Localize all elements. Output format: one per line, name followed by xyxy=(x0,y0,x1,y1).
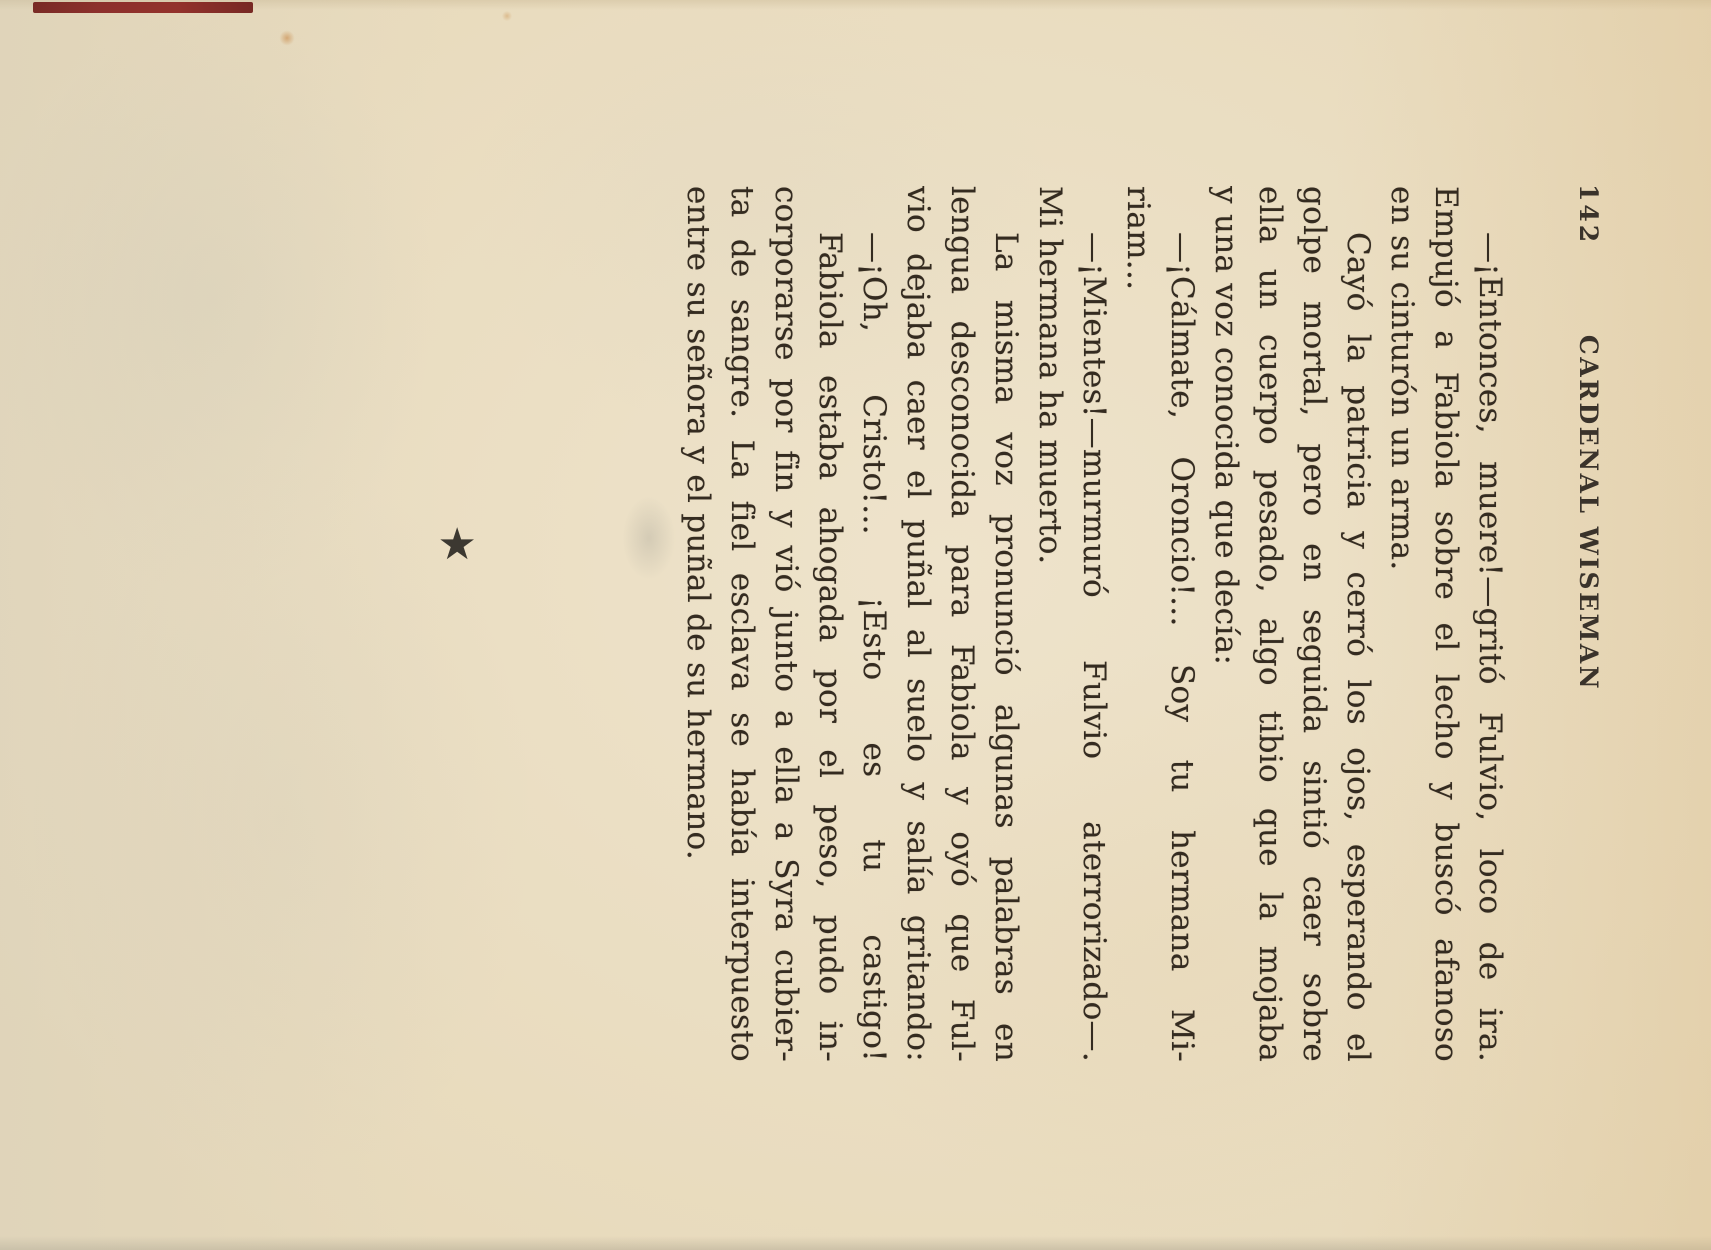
text-line: entre su señora y el puñal de su hermano… xyxy=(676,186,720,1062)
text-line: corporarse por fin y vió junto a ella a … xyxy=(764,186,808,1062)
text-line: lengua desconocida para Fabiola y oyó qu… xyxy=(940,186,984,1062)
text-line: Fabiola estaba ahogada por el peso, pudo… xyxy=(808,186,852,1062)
text-line: Cayó la patricia y cerró los ojos, esper… xyxy=(1336,186,1380,1062)
text-line: Mi hermana ha muerto. xyxy=(1028,186,1072,1062)
text-line: La misma voz pronunció algunas palabras … xyxy=(984,186,1028,1062)
section-divider-star-icon: ★ xyxy=(417,505,498,586)
text-line: golpe mortal, pero en seguida sintió cae… xyxy=(1292,186,1336,1062)
text-line: —¡Oh, Cristo!... ¡Esto es tu castigo! xyxy=(852,186,896,1062)
text-line: y una voz conocida que decía: xyxy=(1204,186,1248,1062)
text-line: ella un cuerpo pesado, algo tibio que la… xyxy=(1248,186,1292,1062)
running-title: CARDENAL WISEMAN xyxy=(1574,335,1603,691)
scanned-book-page: 142 CARDENAL WISEMAN —¡Entonces, muere!—… xyxy=(0,0,1711,1250)
text-line: en su cinturón un arma. xyxy=(1380,186,1424,1062)
page-number: 142 xyxy=(1574,184,1603,245)
red-book-edge-mark xyxy=(33,2,253,13)
body-text-block: —¡Entonces, muere!—gritó Fulvio, loco de… xyxy=(676,186,1512,1062)
text-line: —¡Mientes!—murmuró Fulvio aterrorizado—. xyxy=(1072,186,1116,1062)
text-line: vio dejaba caer el puñal al suelo y salí… xyxy=(896,186,940,1062)
text-line: ta de sangre. La fiel esclava se había i… xyxy=(720,186,764,1062)
text-line: Empujó a Fabiola sobre el lecho y buscó … xyxy=(1424,186,1468,1062)
page-surface: 142 CARDENAL WISEMAN —¡Entonces, muere!—… xyxy=(0,0,1711,1250)
text-line: —¡Entonces, muere!—gritó Fulvio, loco de… xyxy=(1468,186,1512,1062)
text-line: riam... xyxy=(1116,186,1160,1062)
text-line: —¡Cálmate, Oroncio!... Soy tu hermana Mi… xyxy=(1160,186,1204,1062)
